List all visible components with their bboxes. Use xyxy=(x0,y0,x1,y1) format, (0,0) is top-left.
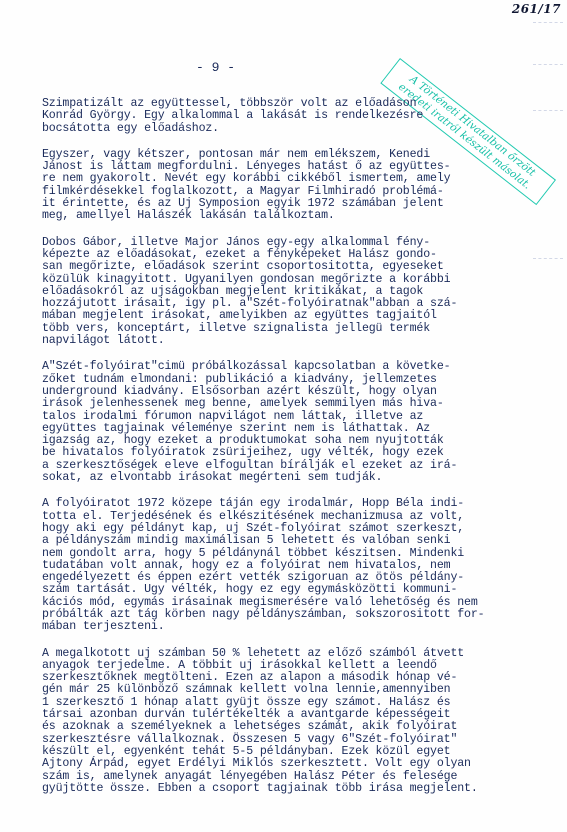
document-body: Szimpatizált az együttessel, többször vo… xyxy=(42,98,542,809)
page-number: - 9 - xyxy=(196,60,235,75)
document-page: 261/17 - 9 - A Történeti Hivatalban őrzö… xyxy=(0,0,567,832)
text-line: a példányszám mindig maximálisan 5 lehet… xyxy=(42,535,542,547)
text-line: mában terjeszteni. xyxy=(42,621,542,633)
paragraph: A"Szét-folyóirat"cimü próbálkozással kap… xyxy=(42,361,542,484)
text-line: mában megjelent irásokat, amelyikben az … xyxy=(42,310,542,322)
text-line: gén már 25 különböző számnak kellett vol… xyxy=(42,684,542,696)
paragraph: A folyóiratot 1972 közepe táján egy irod… xyxy=(42,498,542,633)
reference-number: 261/17 xyxy=(512,2,561,16)
text-line: nem gondolt arra, hogy 5 példánynál több… xyxy=(42,548,542,560)
text-line: be hivatalos folyóiratok zsürijeihez, ug… xyxy=(42,447,542,459)
text-line: sokat, az elvontabb irásokat megérteni s… xyxy=(42,472,542,484)
margin-mark xyxy=(533,64,563,65)
text-line: san megőrizte, előadások szerint csoport… xyxy=(42,261,542,273)
text-line: talos irodalmi fórumon napvilágot nem lá… xyxy=(42,411,542,423)
paragraph: Egyszer, vagy kétszer, pontosan már nem … xyxy=(42,149,542,223)
text-line: irások jelenhessenek meg benne, amelyek … xyxy=(42,398,542,410)
text-line: re nem gyakorolt. Nevét egy korábbi cikk… xyxy=(42,173,542,185)
text-line: gyüjtötte össze. Ebben a csoport tagjain… xyxy=(42,783,542,795)
text-line: bocsátotta egy előadáshoz. xyxy=(42,123,542,135)
text-line: Konrád György. Egy alkalommal a lakását … xyxy=(42,110,542,122)
text-line: A"Szét-folyóirat"cimü próbálkozással kap… xyxy=(42,361,542,373)
text-line: szám tartását. Ugy vélték, hogy ez egy e… xyxy=(42,584,542,596)
paragraph: Dobos Gábor, illetve Major János egy-egy… xyxy=(42,237,542,348)
text-line: és azoknak a személyeknek a lehetséges s… xyxy=(42,721,542,733)
text-line: közülük kinagyitott. Ugyanilyen gondosan… xyxy=(42,274,542,286)
text-line: A folyóiratot 1972 közepe táján egy irod… xyxy=(42,498,542,510)
text-line: szám is, amelynek anyagát lényegében Hal… xyxy=(42,771,542,783)
text-line: napvilágot látott. xyxy=(42,335,542,347)
text-line: Ajtony Árpád, egyet Erdélyi Miklós szerk… xyxy=(42,758,542,770)
text-line: meg, amellyel Halászék lakásán találkozt… xyxy=(42,210,542,222)
paragraph: A megalkotott uj számban 50 % lehetett a… xyxy=(42,648,542,796)
paragraph: Szimpatizált az együttessel, többször vo… xyxy=(42,98,542,135)
margin-mark xyxy=(533,22,563,23)
